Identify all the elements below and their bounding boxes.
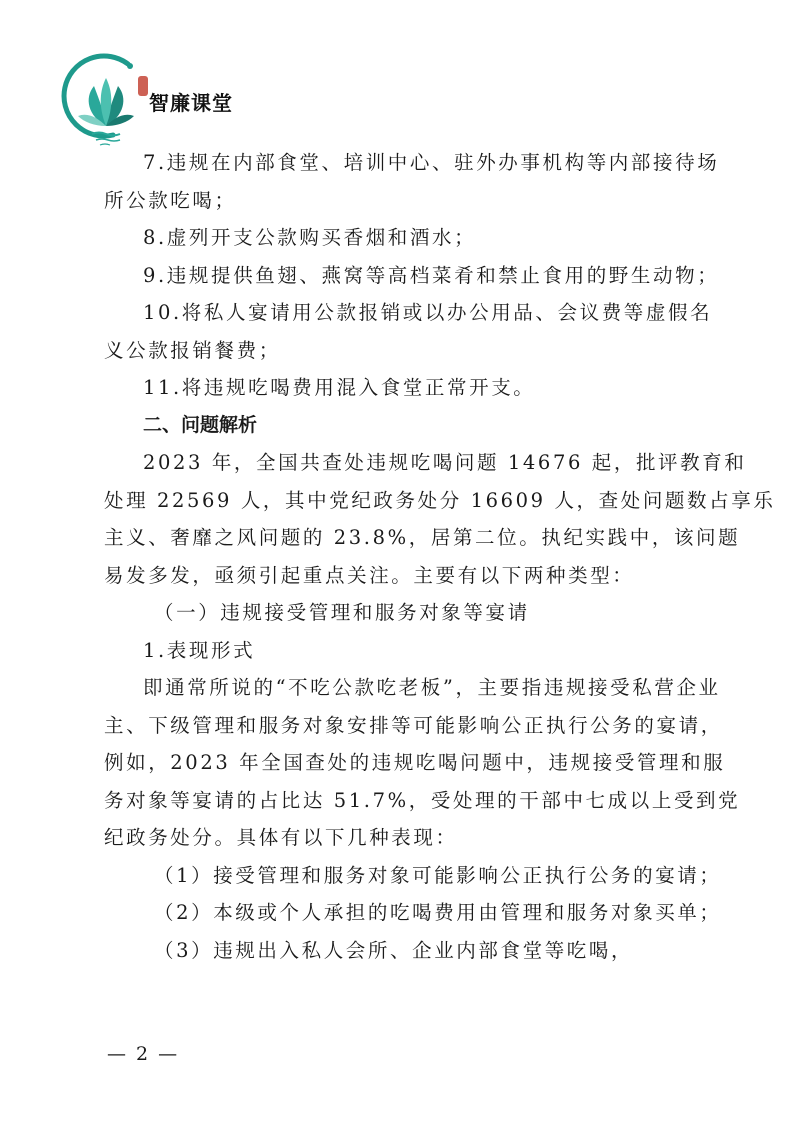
document-body: 7.违规在内部食堂、培训中心、驻外办事机构等内部接待场 所公款吃喝； 8.虚列开…: [104, 144, 694, 969]
paragraph-line: 主义、奢靡之风问题的 23.8%，居第二位。执纪实践中，该问题: [104, 519, 694, 557]
paragraph-line: 2023 年，全国共查处违规吃喝问题 14676 起，批评教育和: [104, 444, 694, 482]
page-number: — 2 —: [107, 1043, 179, 1065]
paragraph-line: 纪政务处分。具体有以下几种表现：: [104, 819, 694, 857]
list-item-7: 7.违规在内部食堂、培训中心、驻外办事机构等内部接待场: [104, 144, 694, 182]
list-item-10: 10.将私人宴请用公款报销或以办公用品、会议费等虚假名: [104, 294, 694, 332]
paragraph-line: 即通常所说的“不吃公款吃老板”，主要指违规接受私营企业: [104, 669, 694, 707]
paragraph-line: 务对象等宴请的占比达 51.7%，受处理的干部中七成以上受到党: [104, 782, 694, 820]
list-item-1: （1）接受管理和服务对象可能影响公正执行公务的宴请；: [104, 857, 694, 895]
list-item-10-cont: 义公款报销餐费；: [104, 332, 694, 370]
list-item-9: 9.违规提供鱼翅、燕窝等高档菜肴和禁止食用的野生动物；: [104, 257, 694, 295]
list-item-3: （3）违规出入私人会所、企业内部食堂等吃喝，: [104, 932, 694, 970]
logo-text: 智廉课堂: [149, 87, 233, 116]
list-item-2: （2）本级或个人承担的吃喝费用由管理和服务对象买单；: [104, 894, 694, 932]
paragraph-line: 主、下级管理和服务对象安排等可能影响公正执行公务的宴请，: [104, 707, 694, 745]
list-item-8: 8.虚列开支公款购买香烟和酒水；: [104, 219, 694, 257]
paragraph-line: 例如，2023 年全国查处的违规吃喝问题中，违规接受管理和服: [104, 744, 694, 782]
section-heading: 二、问题解析: [104, 407, 694, 445]
paragraph-line: 易发多发，亟须引起重点关注。主要有以下两种类型：: [104, 557, 694, 595]
subsection-heading: （一）违规接受管理和服务对象等宴请: [104, 594, 694, 632]
list-item-11: 11.将违规吃喝费用混入食堂正常开支。: [104, 369, 694, 407]
subsection-title: 1.表现形式: [104, 632, 694, 670]
paragraph-line: 处理 22569 人，其中党纪政务处分 16609 人，查处问题数占享乐: [104, 482, 694, 520]
list-item-7-cont: 所公款吃喝；: [104, 182, 694, 220]
